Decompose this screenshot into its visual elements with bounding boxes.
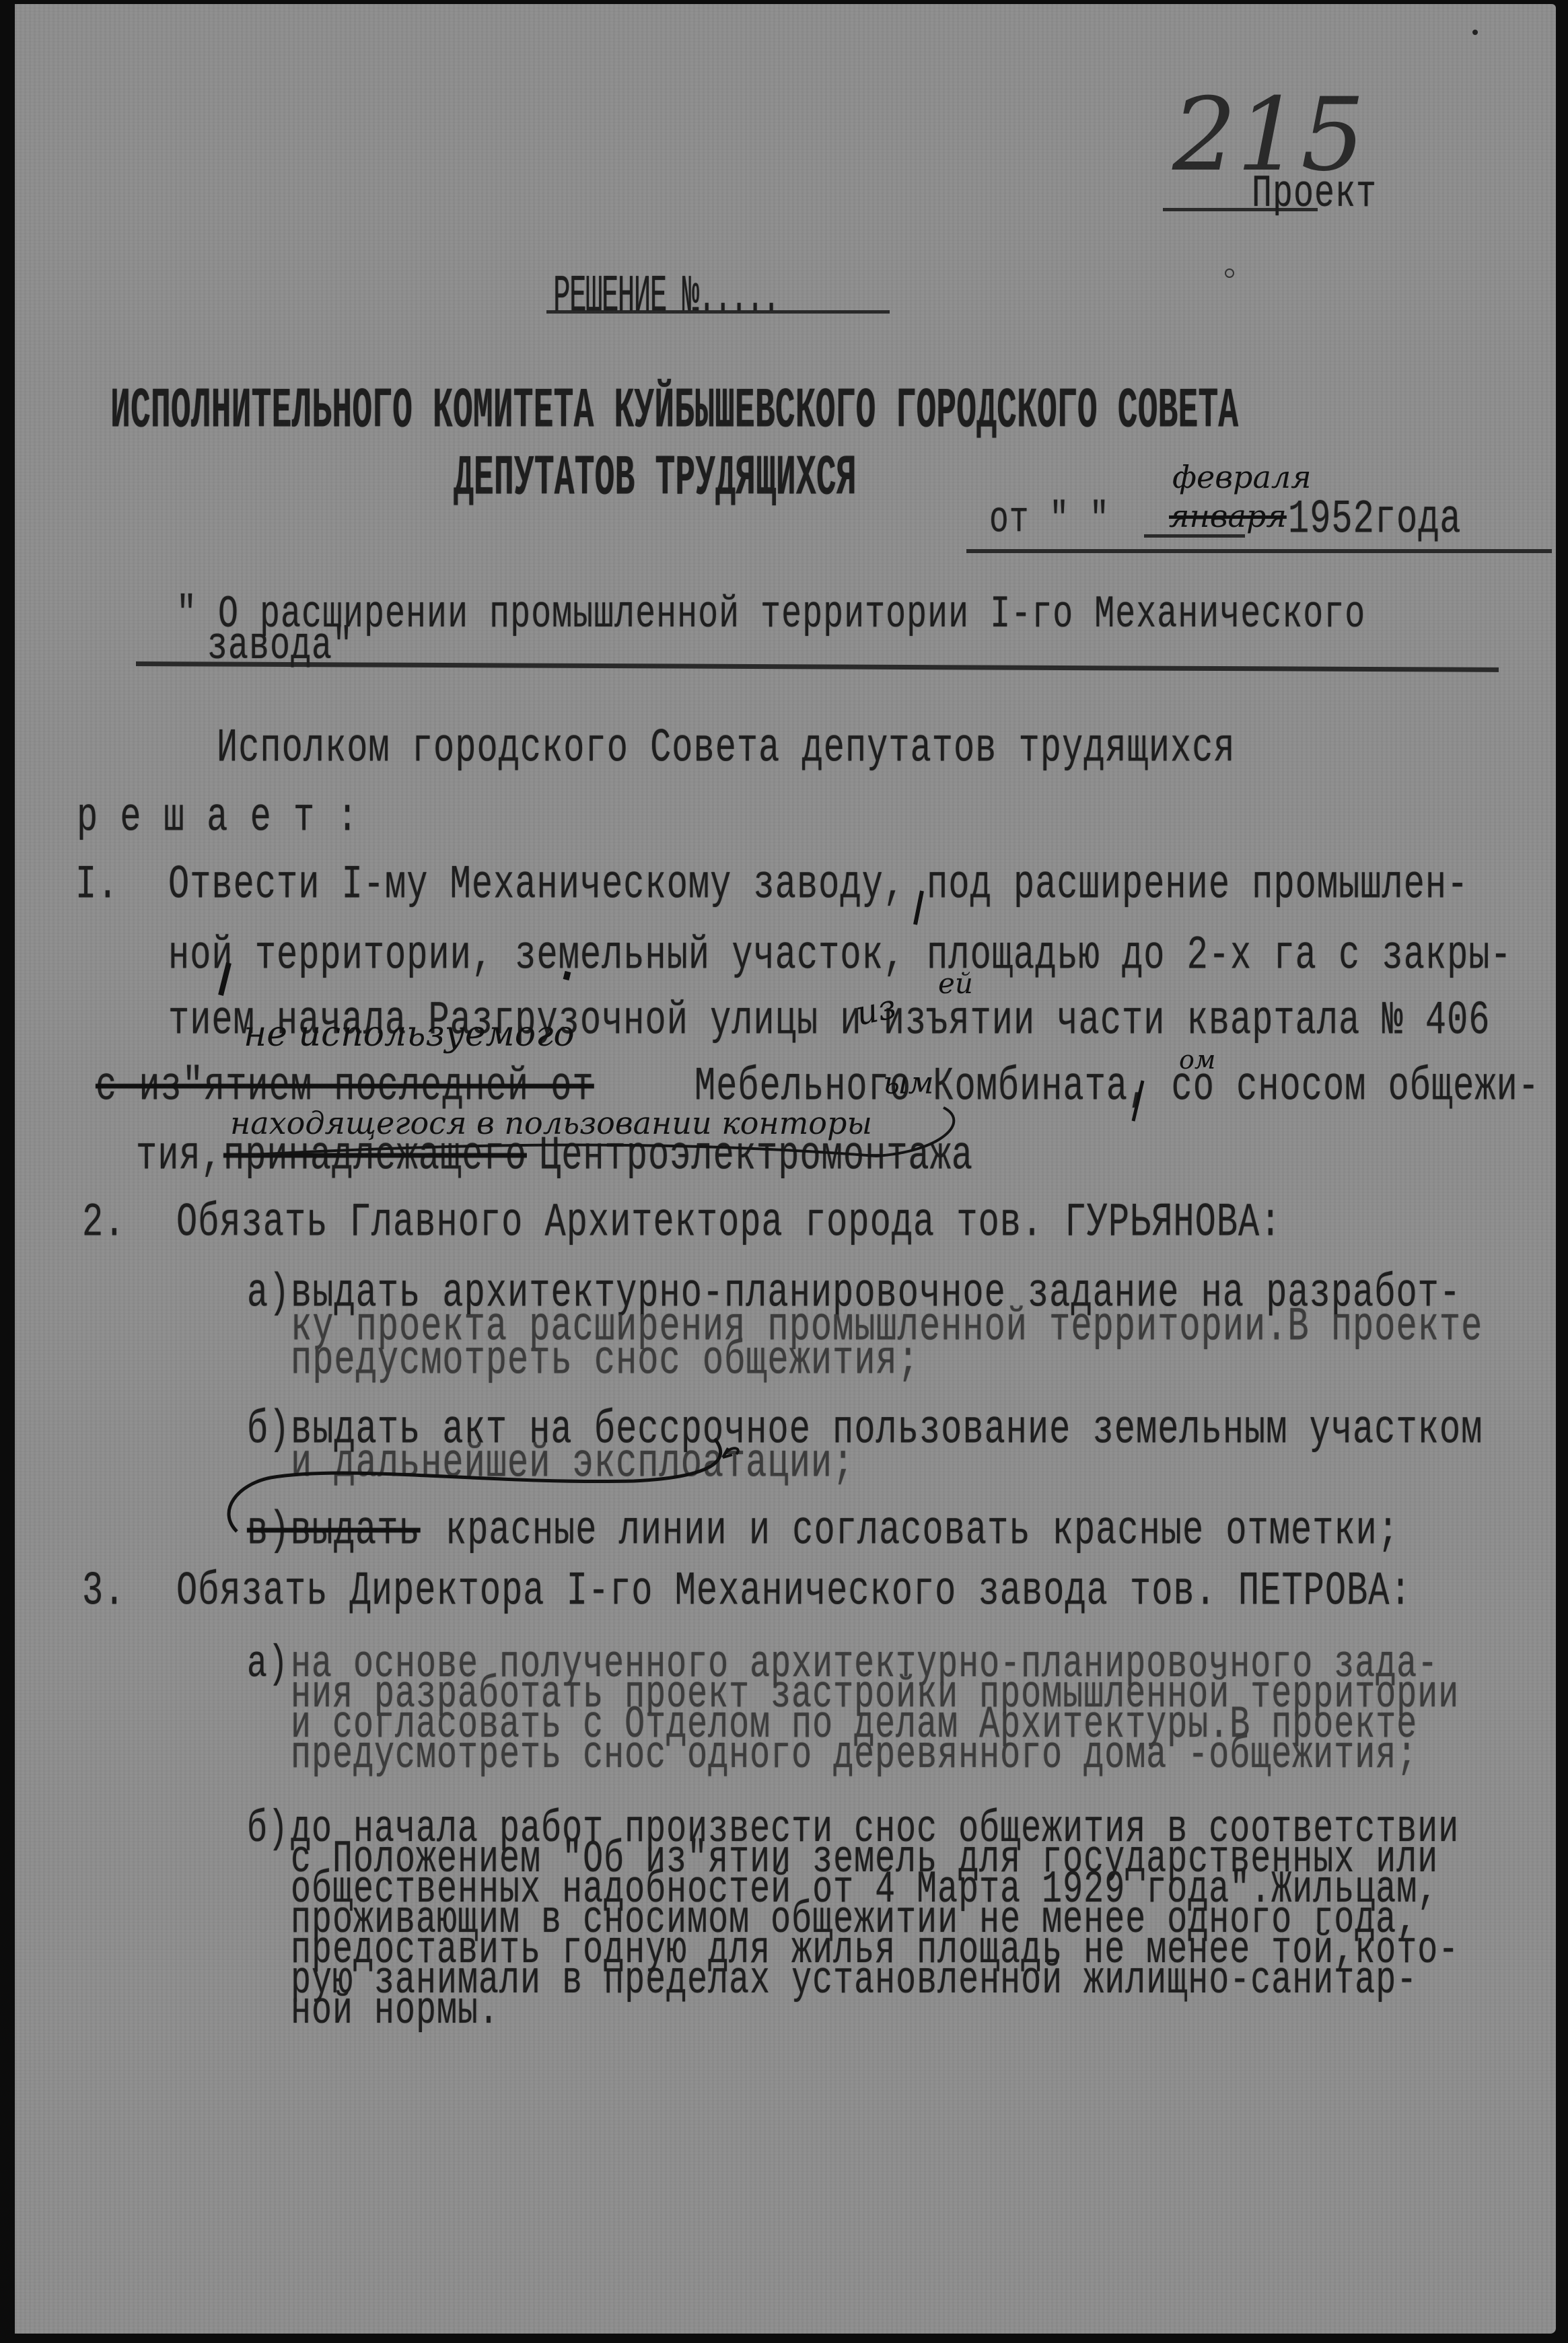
item-1-line-5-struck: принадлежащего <box>223 1133 527 1180</box>
subject-line-1: " О расширении промышленной территории I… <box>176 593 1365 639</box>
item-1-line-1: Отвести I-му Механическому заводу, под р… <box>168 862 1468 909</box>
date-month-underline <box>1144 534 1245 538</box>
item-3-number: 3. <box>82 1569 125 1616</box>
date-year: 1952года <box>1288 497 1462 544</box>
item-1-line-2: ной территории, земельный участок, площа… <box>168 933 1512 980</box>
item-1-handwritten-insert-1: не используемого <box>244 1017 575 1052</box>
issuer-line-1: ИСПОЛНИТЕЛЬНОГО КОМИТЕТА КУЙБЫШЕВСКОГО Г… <box>110 384 1238 441</box>
decision-title-underline <box>546 310 890 314</box>
preamble-text: Исполком городского Совета депутатов тру… <box>217 725 1236 772</box>
item-1-number: I. <box>75 862 118 909</box>
item-1-handwritten-suffix-ey: ей <box>938 970 973 998</box>
item-2v-line-1: красные линии и согласовать красные отме… <box>446 1508 1399 1555</box>
item-2-number: 2. <box>82 1200 125 1247</box>
item-2b-line-2: и дальнейшей эксплоатации; <box>291 1441 854 1488</box>
item-1-line-5-rest: Центроэлектромонтажа <box>540 1133 973 1180</box>
item-3a-line-4: предусмотреть снос одного деревянного до… <box>291 1733 1417 1779</box>
item-2v-label-struck: в)выдать <box>247 1508 421 1555</box>
item-2a-line-3: предусмотреть снос общежития; <box>291 1338 919 1385</box>
item-1-line-4-struck: с из"ятием последней от <box>96 1064 594 1111</box>
decides-label: р е ш а е т : <box>77 795 359 842</box>
item-1-line-4-rest: Мебельного Комбината, со сносом общежи- <box>694 1064 1540 1111</box>
item-2a-label: а) <box>247 1270 290 1318</box>
date-month-handwritten: февраля <box>1172 462 1312 493</box>
document-page: 215 Проект РЕШЕНИЕ №..... ИСПОЛНИТЕЛЬНОГ… <box>15 4 1556 2334</box>
item-1-handwritten-iz: из <box>853 989 899 1030</box>
item-1-line-5-start: тия, <box>136 1133 223 1180</box>
item-1-handwritten-suffix-ym: ым <box>883 1067 934 1098</box>
date-month-struck: января <box>1169 501 1287 532</box>
item-3-heading: Обязать Директора I-го Механического зав… <box>176 1569 1412 1616</box>
draft-underline <box>1163 208 1318 211</box>
item-3a-label: а) <box>247 1643 289 1688</box>
date-prefix: от " " <box>989 499 1110 542</box>
decision-title: РЕШЕНИЕ №..... <box>553 271 779 324</box>
item-3b-label: б) <box>247 1807 289 1853</box>
item-2-heading: Обязать Главного Архитектора города тов.… <box>176 1200 1281 1247</box>
item-2b-label: б) <box>247 1407 290 1454</box>
item-3b-line-7: ной нормы. <box>291 1989 499 2035</box>
item-1-handwritten-suffix-om: ом <box>1179 1047 1215 1073</box>
issuer-line-2: ДЕПУТАТОВ ТРУДЯЩИХСЯ <box>454 452 857 508</box>
header-separator-rule <box>966 549 1552 553</box>
